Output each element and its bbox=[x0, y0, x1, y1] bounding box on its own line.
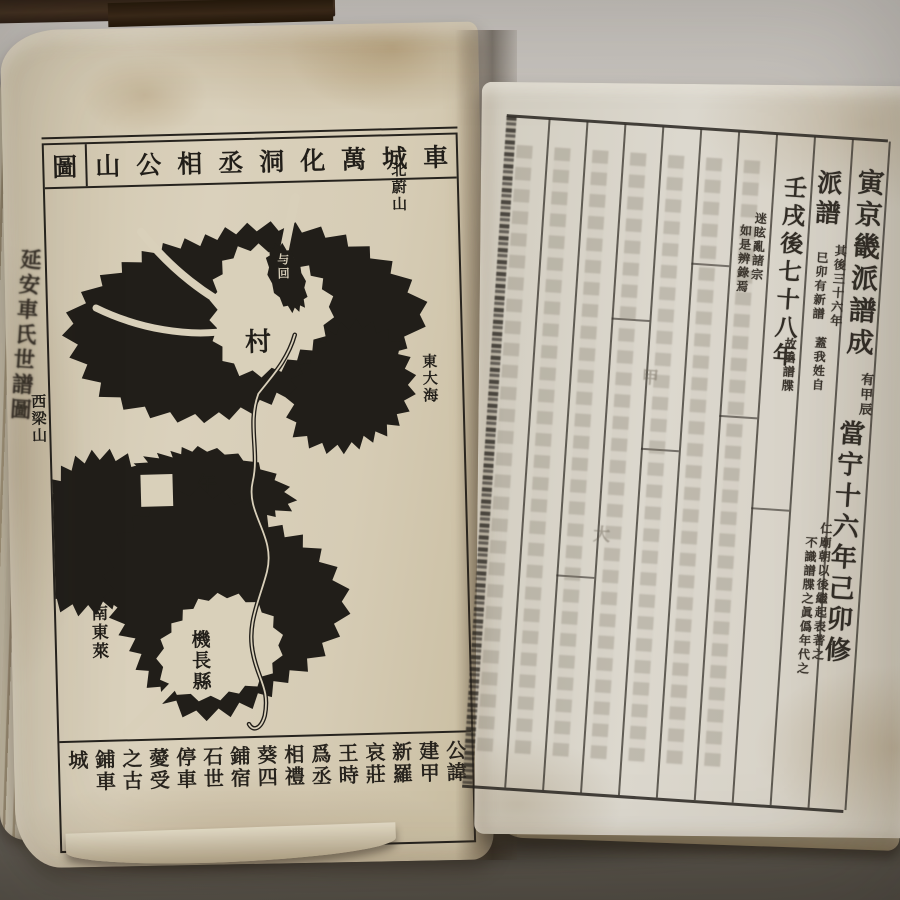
map-title-char: 丞 bbox=[210, 143, 252, 180]
label-east-sea: 東大海 bbox=[419, 353, 439, 404]
left-page: 延安車氏世譜圖 車城萬化洞丞相公山圖 北蔚山西梁山東大海村午与回南東萊機長縣 公… bbox=[0, 21, 494, 868]
genealogy-connector bbox=[751, 507, 789, 511]
label-north-mountain: 北蔚山 bbox=[388, 162, 408, 213]
map-title-char: 山 bbox=[87, 146, 129, 183]
map-title-char: 萬 bbox=[333, 140, 375, 177]
right-page-text-r9: 蓋我姓自 bbox=[809, 336, 828, 393]
faint-bleedthrough-char: 大 bbox=[587, 524, 613, 543]
right-page-text-r2: 有甲辰 bbox=[855, 372, 874, 418]
map-title-char: 公 bbox=[128, 145, 170, 182]
right-page: 甲大寅京畿派譜成有甲辰當宁十六年己卯修仁廟朝以後繼起表著之不識譜牒之眞僞年代之派… bbox=[474, 82, 900, 838]
right-page-text-r8: 巳卯有新譜 bbox=[810, 251, 829, 322]
map-title-char: 洞 bbox=[251, 142, 293, 179]
label-west-mountain: 西梁山 bbox=[28, 393, 48, 444]
spine-title-label: 延安車氏世譜圖 bbox=[0, 248, 48, 517]
map-title-char: 相 bbox=[169, 144, 211, 181]
map-title-char: 圖 bbox=[44, 144, 88, 187]
right-page-text-r6: 派譜 bbox=[810, 169, 845, 231]
background-shelf-edge-dark bbox=[108, 0, 334, 27]
inscription-column: 建甲 bbox=[415, 740, 442, 842]
top-border-line bbox=[507, 114, 888, 142]
label-gijang-county: 機長縣 bbox=[186, 629, 211, 693]
label-noon-marker: 午 bbox=[192, 473, 218, 496]
photo-of-open-antique-book: 延安車氏世譜圖 車城萬化洞丞相公山圖 北蔚山西梁山東大海村午与回南東萊機長縣 公… bbox=[0, 0, 900, 900]
label-grave-marker: 与回 bbox=[275, 253, 291, 281]
map-frame: 車城萬化洞丞相公山圖 北蔚山西梁山東大海村午与回南東萊機長縣 公諱建甲新羅哀莊王… bbox=[42, 132, 476, 853]
label-village: 村 bbox=[239, 327, 272, 356]
right-page-text-r11: 故凾譜牒 bbox=[779, 337, 798, 394]
label-south-dongnae: 南東萊 bbox=[86, 604, 109, 662]
faint-bleedthrough-char: 甲 bbox=[635, 367, 661, 386]
bottom-border-line bbox=[462, 785, 843, 813]
right-page-printed-area: 甲大寅京畿派譜成有甲辰當宁十六年己卯修仁廟朝以後繼起表著之不識譜牒之眞僞年代之派… bbox=[458, 100, 897, 840]
map-title-char: 化 bbox=[292, 141, 334, 178]
path-channel bbox=[126, 681, 179, 732]
map-title-char: 車 bbox=[415, 138, 457, 175]
noon-marker-box bbox=[140, 474, 173, 507]
